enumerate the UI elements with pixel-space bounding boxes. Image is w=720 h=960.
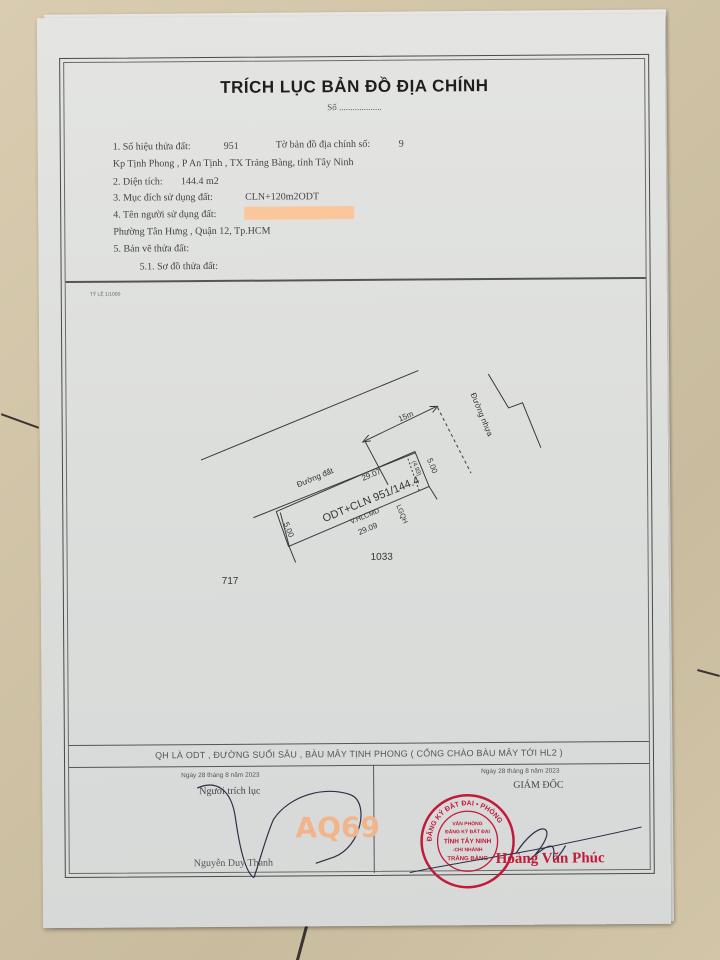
setback-line — [365, 406, 437, 441]
dirt-road-line — [200, 371, 419, 461]
director-date: Ngày 28 tháng 8 năm 2023 — [481, 768, 559, 776]
extractor-name: Nguyễn Duy Thanh — [194, 858, 273, 870]
label-neighbor-west: 717 — [222, 576, 239, 587]
label-corridor: LGQH — [394, 504, 408, 525]
document-frame: TRÍCH LỤC BẢN ĐỒ ĐỊA CHÍNH Số ..........… — [59, 54, 655, 878]
document-sheet: TRÍCH LỤC BẢN ĐỒ ĐỊA CHÍNH Số ..........… — [37, 14, 671, 928]
label-side-left: 5.00 — [282, 521, 296, 539]
director-name: Hoàng Văn Phúc — [496, 850, 605, 868]
label-side-right: 5.00 — [425, 457, 439, 475]
floor-crack — [295, 925, 308, 960]
paved-road-line — [488, 374, 541, 448]
label-road-paved: Đường nhựa — [469, 392, 495, 439]
label-road-dirt: Đường đất — [295, 466, 335, 489]
label-side-top: 29.07 — [360, 467, 382, 483]
floor-crack — [1, 413, 39, 429]
director-role: GIÁM ĐỐC — [513, 780, 563, 791]
label-neighbor-south: 1033 — [371, 552, 394, 563]
watermark: AQ69 — [295, 811, 380, 845]
cadastral-map: Đường đất Đường nhựa 15m 29.07 ODT+CLN 9… — [60, 55, 653, 719]
label-side-bottom: 29.09 — [357, 521, 379, 537]
floor-crack — [697, 669, 720, 677]
